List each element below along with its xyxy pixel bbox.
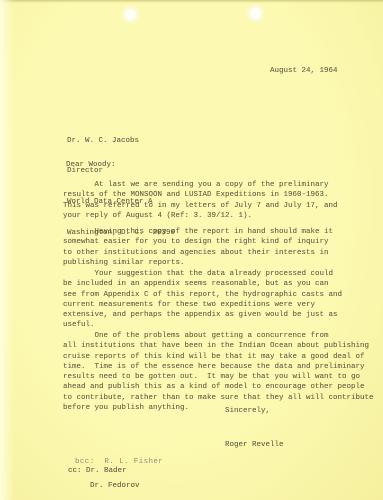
punch-hole-left — [124, 8, 137, 21]
cc-note-2: Dr. Fedorov — [90, 481, 140, 491]
recipient-name: Dr. W. C. Jacobs — [67, 136, 175, 146]
paragraph-3: Your suggestion that the data already pr… — [63, 269, 342, 331]
signature-name: Roger Revelle — [225, 440, 284, 450]
paragraph-1: At last we are sending you a copy of the… — [63, 180, 338, 221]
letter-date: August 24, 1964 — [270, 66, 338, 76]
salutation: Dear Woody: — [66, 160, 116, 170]
closing: Sincerely, — [225, 406, 270, 416]
paragraph-2: Having this copy of the report in hand s… — [63, 227, 333, 268]
paragraph-4: One of the problems about getting a conc… — [63, 331, 374, 413]
punch-hole-right — [249, 7, 262, 20]
cc-note-1: cc: Dr. Bader — [68, 466, 127, 476]
